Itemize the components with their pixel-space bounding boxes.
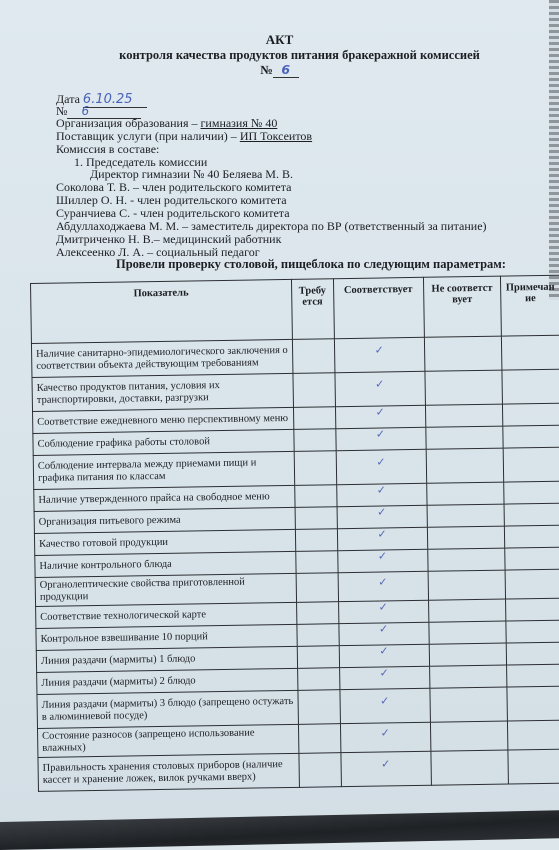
compliant-cell: ✓ (339, 666, 429, 689)
note-cell (504, 481, 559, 504)
required-cell (293, 373, 335, 408)
note-cell (508, 749, 559, 784)
supplier-label: Поставщик услуги (при наличии) – (56, 129, 237, 143)
note-cell (507, 664, 559, 687)
note-cell (502, 369, 559, 404)
header-noncompliant: Не соответст вует (423, 276, 502, 337)
table-header-row: Показатель Требу ется Соответствует Не с… (31, 275, 559, 343)
noncompliant-cell (429, 643, 507, 666)
note-cell (505, 547, 559, 570)
supplier-value: ИП Токсеитов (240, 129, 312, 143)
check-mark-icon: ✓ (374, 343, 383, 356)
compliant-cell: ✓ (334, 337, 425, 372)
organization-label: Организация образования – (56, 116, 198, 130)
document-page: АКТ контроля качества продуктов питания … (0, 0, 559, 825)
required-cell (297, 646, 339, 669)
required-cell (296, 573, 338, 603)
header-required: Требу ется (291, 279, 334, 340)
compliant-cell: ✓ (338, 600, 428, 623)
required-cell (296, 551, 338, 574)
compliant-cell: ✓ (338, 571, 429, 601)
header-indicator: Показатель (31, 279, 293, 343)
note-cell (503, 403, 559, 426)
compliant-cell: ✓ (339, 644, 429, 667)
required-cell (298, 690, 340, 725)
check-mark-icon: ✓ (377, 505, 386, 518)
check-mark-icon: ✓ (378, 600, 387, 613)
note-cell (506, 642, 559, 665)
compliant-cell: ✓ (339, 688, 430, 723)
compliant-cell: ✓ (336, 483, 426, 506)
organization-value: гимназия № 40 (201, 116, 278, 130)
check-heading: Провели проверку столовой, пищеблока по … (116, 257, 506, 272)
number-label: № (260, 63, 273, 77)
noncompliant-cell (425, 404, 503, 427)
compliant-cell: ✓ (340, 751, 431, 786)
noncompliant-cell (425, 370, 503, 405)
required-cell (293, 407, 335, 430)
noncompliant-cell (427, 504, 505, 527)
check-mark-icon: ✓ (379, 644, 388, 657)
check-mark-icon: ✓ (377, 527, 386, 540)
required-cell (299, 753, 341, 788)
compliant-cell: ✓ (336, 449, 427, 484)
indicator-cell: Линия раздачи (мармиты) 3 блюдо (запреще… (37, 690, 298, 728)
indicator-cell: Качество продуктов питания, условия их т… (32, 373, 293, 411)
check-mark-icon: ✓ (379, 622, 388, 635)
note-cell (505, 569, 559, 599)
compliant-cell: ✓ (334, 371, 425, 406)
compliant-cell: ✓ (335, 427, 425, 450)
noncompliant-cell (424, 336, 502, 371)
note-cell (507, 686, 559, 721)
compliant-cell: ✓ (337, 505, 427, 528)
indicator-cell: Наличие санитарно-эпидемиологического за… (31, 339, 292, 377)
required-cell (296, 602, 338, 625)
noncompliant-cell (426, 448, 504, 483)
document-number: №6 (0, 62, 559, 78)
required-cell (298, 724, 340, 754)
check-mark-icon: ✓ (380, 694, 389, 707)
number-value: 6 (273, 62, 299, 78)
indicator-cell: Состояние разносов (запрещено использова… (37, 724, 298, 757)
noncompliant-cell (425, 426, 503, 449)
note-cell (504, 503, 559, 526)
check-mark-icon: ✓ (377, 483, 386, 496)
note-cell (508, 720, 559, 750)
required-cell (297, 668, 339, 691)
check-mark-icon: ✓ (375, 405, 384, 418)
note-cell (505, 525, 559, 548)
noncompliant-cell (429, 687, 507, 722)
noncompliant-cell (426, 482, 504, 505)
noncompliant-cell (428, 570, 506, 600)
required-cell (297, 624, 339, 647)
document-title: АКТ (0, 32, 559, 48)
inspection-table: Показатель Требу ется Соответствует Не с… (30, 275, 559, 792)
compliant-cell: ✓ (335, 405, 425, 428)
noncompliant-cell (430, 750, 508, 785)
compliant-cell: ✓ (340, 722, 431, 752)
indicator-cell: Органолептические свойства приготовленно… (35, 573, 296, 606)
compliant-cell: ✓ (338, 622, 428, 645)
note-cell (502, 335, 559, 370)
check-mark-icon: ✓ (375, 377, 384, 390)
note-cell (506, 598, 559, 621)
check-mark-icon: ✓ (380, 726, 389, 739)
check-mark-icon: ✓ (378, 549, 387, 562)
compliant-cell: ✓ (337, 549, 427, 572)
required-cell (294, 451, 336, 486)
check-mark-icon: ✓ (381, 757, 390, 770)
note-cell (503, 425, 559, 448)
noncompliant-cell (429, 665, 507, 688)
required-cell (294, 429, 336, 452)
noncompliant-cell (427, 526, 505, 549)
header-compliant: Соответствует (333, 277, 424, 338)
noncompliant-cell (428, 599, 506, 622)
header-note: Примечан ие (501, 275, 559, 336)
table-row: Правильность хранения столовых приборов … (38, 749, 559, 791)
note-cell (506, 620, 559, 643)
noncompliant-cell (430, 721, 508, 751)
check-mark-icon: ✓ (376, 455, 385, 468)
required-cell (292, 339, 334, 374)
document-subtitle: контроля качества продуктов питания брак… (20, 48, 559, 63)
note-cell (503, 447, 559, 482)
compliant-cell: ✓ (337, 527, 427, 550)
required-cell (295, 507, 337, 530)
noncompliant-cell (428, 621, 506, 644)
noncompliant-cell (427, 548, 505, 571)
indicator-cell: Правильность хранения столовых приборов … (38, 753, 299, 791)
check-mark-icon: ✓ (378, 575, 387, 588)
required-cell (295, 529, 337, 552)
indicator-cell: Соблюдение интервала между приемами пищи… (33, 451, 294, 489)
check-mark-icon: ✓ (376, 427, 385, 440)
required-cell (295, 485, 337, 508)
check-mark-icon: ✓ (380, 666, 389, 679)
